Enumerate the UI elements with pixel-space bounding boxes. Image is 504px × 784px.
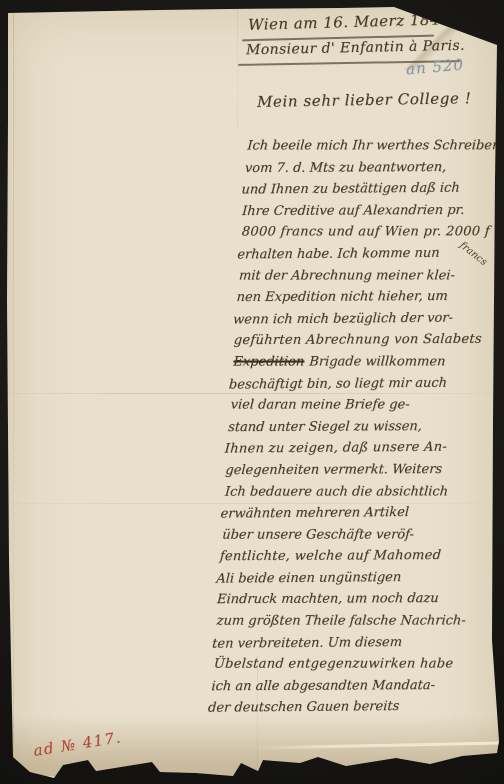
struck-word: Expedition — [233, 354, 305, 369]
letter-line: stand unter Siegel zu wissen, — [227, 415, 480, 438]
letter-line: Ich bedauere auch die absichtlich — [224, 481, 477, 503]
letter-line: Ihnen zu zeigen, daß unsere An- — [224, 437, 477, 461]
pencil-archive-number: an 520 — [405, 56, 464, 79]
letter-line: Eindruck machten, um noch dazu — [216, 588, 469, 611]
letter-line: der deutschen Gauen bereits — [207, 696, 460, 720]
left-edge-crease — [13, 12, 14, 760]
letter-line: erhalten habe. Ich komme nun — [237, 242, 490, 266]
letter-body: Ich beeile mich Ihr werthes Schreibenvom… — [209, 135, 499, 720]
address-line: Monsieur d' Enfantin à Paris. — [246, 38, 465, 59]
salutation: Mein sehr lieber College ! — [257, 89, 472, 111]
letter-line: geführten Abrechnung von Salabets — [233, 329, 486, 352]
center-fold-crease — [237, 9, 238, 129]
letter-line: Ihre Creditive auf Alexandrien pr. — [241, 199, 494, 222]
letter-line: ExpeditionBrigade willkommen — [233, 351, 486, 373]
curled-edge-highlight — [254, 741, 504, 749]
letter-line: Ich beeile mich Ihr werthes Schreiben — [247, 135, 500, 157]
letter-line: Ali beide einen ungünstigen — [216, 566, 469, 590]
letter-line: zum größten Theile falsche Nachrich- — [216, 610, 469, 632]
letter-line: über unsere Geschäfte veröf- — [221, 524, 474, 546]
dateline: Wien am 16. Maerz 1847 — [248, 10, 450, 34]
letter-line: vom 7. d. Mts zu beantworten, — [244, 156, 497, 179]
letter-line: mit der Abrechnung meiner klei- — [238, 265, 491, 287]
letter-line: erwähnten mehreren Artikel — [220, 501, 473, 525]
letter-sheet: Wien am 16. Maerz 1847 Monsieur d' Enfan… — [0, 0, 504, 784]
letter-line: nen Expedition nicht hieher, um — [236, 286, 489, 309]
photographed-letter-scan: { "document": { "type": "handwritten let… — [0, 0, 504, 784]
letter-line: 8000 francs und auf Wien pr. 2000 f — [241, 222, 494, 244]
letter-line: und Ihnen zu bestättigen daß ich — [241, 177, 494, 201]
letter-line: ich an alle abgesandten Mandata- — [211, 675, 464, 698]
letter-line: wenn ich mich bezüglich der vor- — [232, 307, 485, 331]
letter-line: fentlichte, welche auf Mahomed — [219, 545, 472, 568]
letter-line: beschäftigt bin, so liegt mir auch — [228, 372, 481, 396]
letter-line: gelegenheiten vermerkt. Weiters — [225, 459, 478, 482]
red-archive-number: ad № 417. — [32, 728, 123, 760]
letter-line: Übelstand entgegenzuwirken habe — [213, 654, 466, 676]
letter-line: viel daran meine Briefe ge- — [230, 394, 483, 416]
letter-line: ten verbreiteten. Um diesem — [211, 631, 464, 655]
